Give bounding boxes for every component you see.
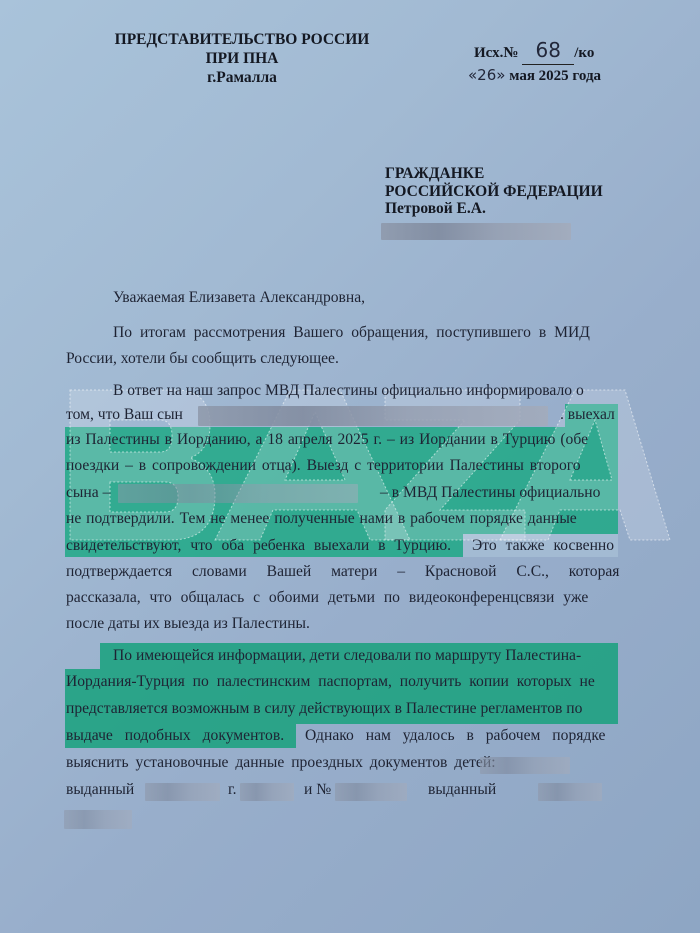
p3-line6a: выданный	[66, 781, 134, 799]
document-photo: ПРЕДСТАВИТЕЛЬСТВО РОССИИ ПРИ ПНА г.Рамал…	[0, 0, 700, 933]
greeting: Уважаемая Елизавета Александровна,	[113, 289, 365, 307]
p3-line1: По имеющейся информации, дети следовали …	[113, 647, 581, 665]
p3-line4a: выдаче подобных документов.	[66, 727, 284, 745]
p3-line2: Иордания-Турция по палестинским паспорта…	[66, 673, 595, 691]
p2-line8: подтверждается словами Вашей матери – Кр…	[66, 563, 619, 581]
redacted-issuer-2	[538, 783, 602, 801]
p3-line3: представляется возможным в силу действую…	[66, 700, 582, 718]
p2-line9: рассказала, что общалась с обоими детьми…	[66, 589, 588, 607]
p2-line5a: сына –	[66, 484, 110, 502]
p3-line4b: Однако нам удалось в рабочем порядке	[305, 727, 605, 745]
p2-line5b: – в МВД Палестины официально	[380, 484, 600, 502]
p2-line3: из Палестины в Иорданию, а 18 апреля 202…	[66, 431, 588, 449]
p2-line2a: том, что Ваш сын	[66, 406, 183, 424]
redacted-passport-2	[335, 783, 407, 801]
p2-line1: В ответ на наш запрос МВД Палестины офиц…	[113, 382, 584, 400]
redacted-passport-1	[480, 757, 570, 774]
p1-line1: По итогам рассмотрения Вашего обращения,…	[113, 324, 590, 342]
p2-line7a: свидетельствуют, что оба ребенка выехали…	[66, 537, 451, 555]
redacted-date-2	[64, 810, 132, 829]
p3-line6d: выданный	[428, 781, 496, 799]
p2-line10: после даты их выезда из Палестины.	[66, 615, 310, 633]
redacted-issuer-1	[145, 783, 220, 801]
redacted-son-name	[198, 406, 548, 426]
p3-line6c: и №	[304, 781, 331, 799]
p2-line6: не подтвердили. Тем не менее полученные …	[66, 510, 577, 528]
p2-line7b: Это также косвенно	[472, 537, 614, 555]
p3-line5: выяснить установочные данные проездных д…	[66, 754, 496, 772]
p2-line2b: . выехал	[560, 406, 615, 424]
redacted-second-son-name	[118, 484, 358, 503]
redacted-date-1	[240, 783, 294, 801]
p1-line2: России, хотели бы сообщить следующее.	[66, 350, 339, 368]
p2-line4: поездки – в сопровождении отца). Выезд с…	[66, 457, 581, 475]
p3-line6b: г.	[228, 781, 237, 799]
